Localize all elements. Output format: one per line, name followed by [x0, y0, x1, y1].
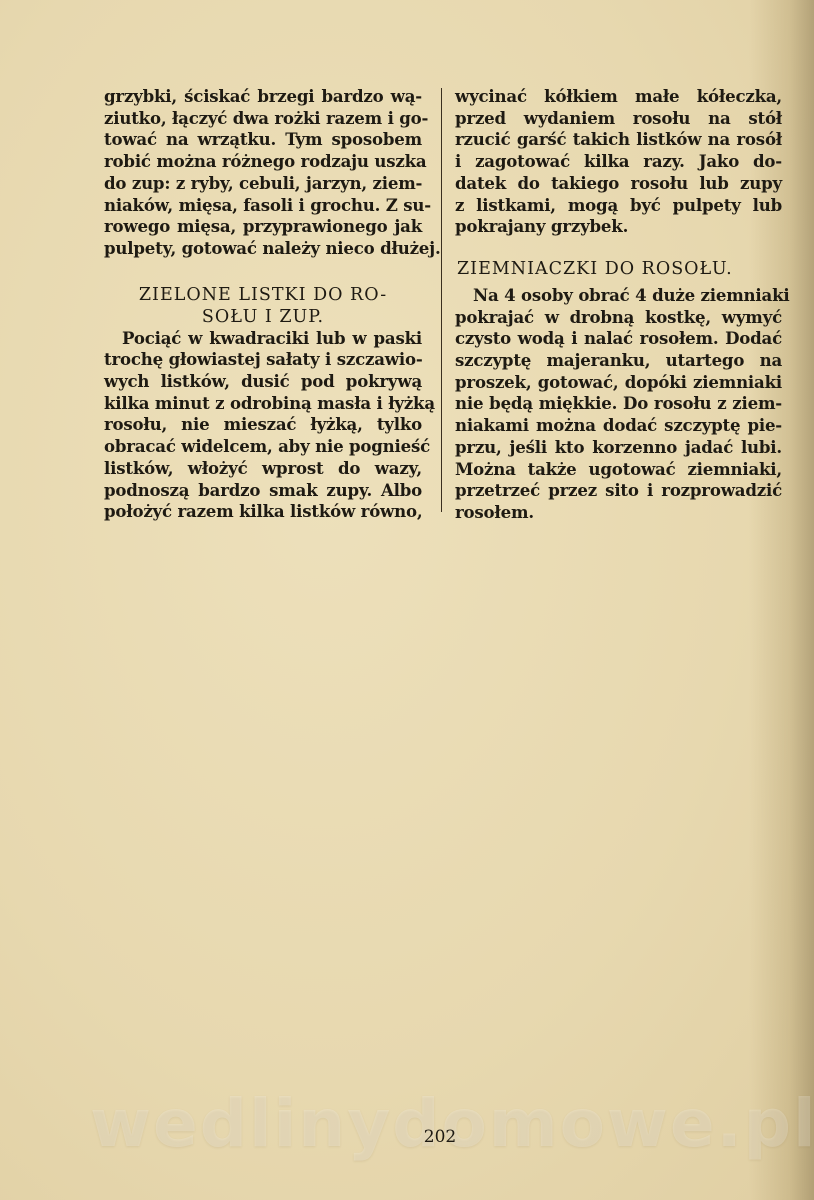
- text-line: pulpety, gotować należy nieco dłużej.: [104, 238, 422, 260]
- text-line: Można także ugotować ziemniaki,: [455, 459, 782, 481]
- section-heading-ziemniaczki: ZIEMNIACZKI DO ROSOŁU.: [455, 258, 782, 280]
- text-line: niakami można dodać szczyptę pie-: [455, 415, 782, 437]
- section-body-zielone-listki: Pociąć w kwadraciki lub w paski trochę g…: [104, 328, 422, 523]
- text-line: Na 4 osoby obrać 4 duże ziemniaki: [455, 285, 782, 307]
- section-body-ziemniaczki: Na 4 osoby obrać 4 duże ziemniaki pokraj…: [455, 285, 782, 524]
- text-line: przu, jeśli kto korzenno jadać lubi.: [455, 437, 782, 459]
- text-line: rowego mięsa, przyprawionego jak: [104, 216, 422, 238]
- text-line: pokrajać w drobną kostkę, wymyć: [455, 307, 782, 329]
- page-number: 202: [0, 1127, 814, 1147]
- text-line: ziutko, łączyć dwa rożki razem i go-: [104, 108, 422, 130]
- text-line: rzucić garść takich listków na rosół: [455, 129, 782, 151]
- text-line: robić można różnego rodzaju uszka: [104, 151, 422, 173]
- heading-line: SOŁU I ZUP.: [104, 306, 422, 328]
- text-line: tować na wrzątku. Tym sposobem: [104, 129, 422, 151]
- text-line: rosołem.: [455, 502, 782, 524]
- left-column: grzybki, ściskać brzegi bardzo wą- ziutk…: [104, 86, 422, 523]
- text-line: Pociąć w kwadraciki lub w paski: [104, 328, 422, 350]
- right-continuation-paragraph: wycinać kółkiem małe kółeczka, przed wyd…: [455, 86, 782, 238]
- text-line: położyć razem kilka listków równo,: [104, 501, 422, 523]
- text-line: nie będą miękkie. Do rosołu z ziem-: [455, 393, 782, 415]
- text-line: z listkami, mogą być pulpety lub: [455, 195, 782, 217]
- text-line: do zup: z ryby, cebuli, jarzyn, ziem-: [104, 173, 422, 195]
- text-line: datek do takiego rosołu lub zupy: [455, 173, 782, 195]
- text-line: wycinać kółkiem małe kółeczka,: [455, 86, 782, 108]
- text-line: szczyptę majeranku, utartego na: [455, 350, 782, 372]
- text-line: niaków, mięsa, fasoli i grochu. Z su-: [104, 195, 422, 217]
- right-column: wycinać kółkiem małe kółeczka, przed wyd…: [455, 86, 782, 524]
- watermark: wedlinydomowe.pl: [90, 1085, 740, 1162]
- text-line: przetrzeć przez sito i rozprowadzić: [455, 480, 782, 502]
- text-line: trochę głowiastej sałaty i szczawio-: [104, 349, 422, 371]
- text-line: czysto wodą i nalać rosołem. Dodać: [455, 328, 782, 350]
- heading-line: ZIELONE LISTKI DO RO-: [104, 284, 422, 306]
- text-line: proszek, gotować, dopóki ziemniaki: [455, 372, 782, 394]
- text-line: podnoszą bardzo smak zupy. Albo: [104, 480, 422, 502]
- text-line: grzybki, ściskać brzegi bardzo wą-: [104, 86, 422, 108]
- section-heading-zielone-listki: ZIELONE LISTKI DO RO- SOŁU I ZUP.: [104, 284, 422, 328]
- text-line: pokrajany grzybek.: [455, 216, 782, 238]
- text-line: rosołu, nie mieszać łyżką, tylko: [104, 414, 422, 436]
- text-line: kilka minut z odrobiną masła i łyżką: [104, 393, 422, 415]
- text-line: obracać widelcem, aby nie pognieść: [104, 436, 422, 458]
- book-page: grzybki, ściskać brzegi bardzo wą- ziutk…: [0, 0, 814, 1200]
- column-divider: [441, 88, 442, 512]
- text-line: i zagotować kilka razy. Jako do-: [455, 151, 782, 173]
- text-line: listków, włożyć wprost do wazy,: [104, 458, 422, 480]
- text-line: przed wydaniem rosołu na stół: [455, 108, 782, 130]
- text-line: wych listków, dusić pod pokrywą: [104, 371, 422, 393]
- left-continuation-paragraph: grzybki, ściskać brzegi bardzo wą- ziutk…: [104, 86, 422, 260]
